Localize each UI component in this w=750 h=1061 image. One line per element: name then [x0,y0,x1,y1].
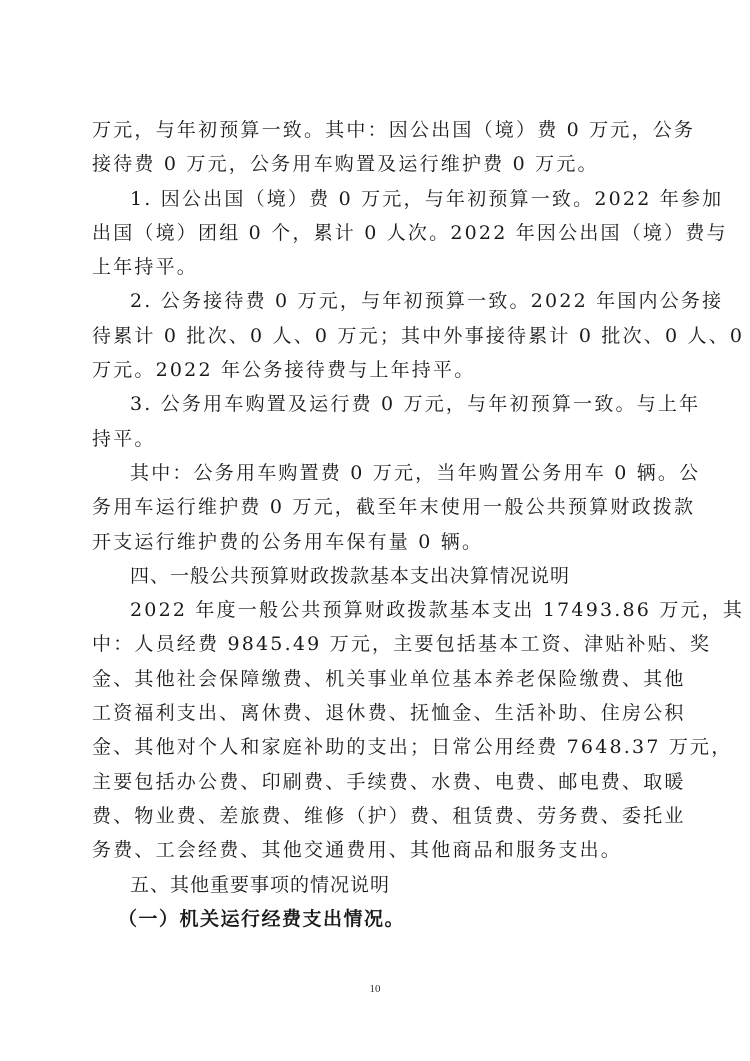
paragraph-line: 持平。 [92,422,664,456]
paragraph-line: 主要包括办公费、印刷费、手续费、水费、电费、邮电费、取暖 [92,765,664,799]
paragraph-line: 其中：公务用车购置费 0 万元，当年购置公务用车 0 辆。公 [92,456,664,490]
paragraph-line: 务用车运行维护费 0 万元，截至年末使用一般公共预算财政拨款 [92,490,664,524]
paragraph-line: 待累计 0 批次、0 人、0 万元；其中外事接待累计 0 批次、0 人、0 [92,319,664,353]
paragraph-line: 万元，与年初预算一致。其中：因公出国（境）费 0 万元，公务 [92,113,664,147]
paragraph-line: 出国（境）团组 0 个，累计 0 人次。2022 年因公出国（境）费与 [92,216,664,250]
paragraph-line: 上年持平。 [92,250,664,284]
paragraph-line: 费、物业费、差旅费、维修（护）费、租赁费、劳务费、委托业 [92,799,664,833]
paragraph-line: 工资福利支出、离休费、退休费、抚恤金、生活补助、住房公积 [92,696,664,730]
paragraph-line: 金、其他对个人和家庭补助的支出；日常公用经费 7648.37 万元， [92,730,664,764]
paragraph-line: 中：人员经费 9845.49 万元，主要包括基本工资、津贴补贴、奖 [92,627,664,661]
paragraph-line: 务费、工会经费、其他交通费用、其他商品和服务支出。 [92,833,664,867]
section-heading-4: 四、一般公共预算财政拨款基本支出决算情况说明 [92,559,664,593]
document-page: 万元，与年初预算一致。其中：因公出国（境）费 0 万元，公务 接待费 0 万元，… [92,113,664,936]
paragraph-line: 3. 公务用车购置及运行费 0 万元，与年初预算一致。与上年 [92,387,664,421]
paragraph-line: 接待费 0 万元，公务用车购置及运行维护费 0 万元。 [92,147,664,181]
paragraph-line: 1. 因公出国（境）费 0 万元，与年初预算一致。2022 年参加 [92,182,664,216]
paragraph-line: 金、其他社会保障缴费、机关事业单位基本养老保险缴费、其他 [92,662,664,696]
paragraph-line: 2. 公务接待费 0 万元，与年初预算一致。2022 年国内公务接 [92,284,664,318]
section-heading-5: 五、其他重要事项的情况说明 [92,868,664,902]
paragraph-line: 万元。2022 年公务接待费与上年持平。 [92,353,664,387]
subsection-heading-1: （一）机关运行经费支出情况。 [92,902,664,936]
paragraph-line: 开支运行维护费的公务用车保有量 0 辆。 [92,525,664,559]
page-number: 10 [0,983,750,995]
paragraph-line: 2022 年度一般公共预算财政拨款基本支出 17493.86 万元，其 [92,593,664,627]
